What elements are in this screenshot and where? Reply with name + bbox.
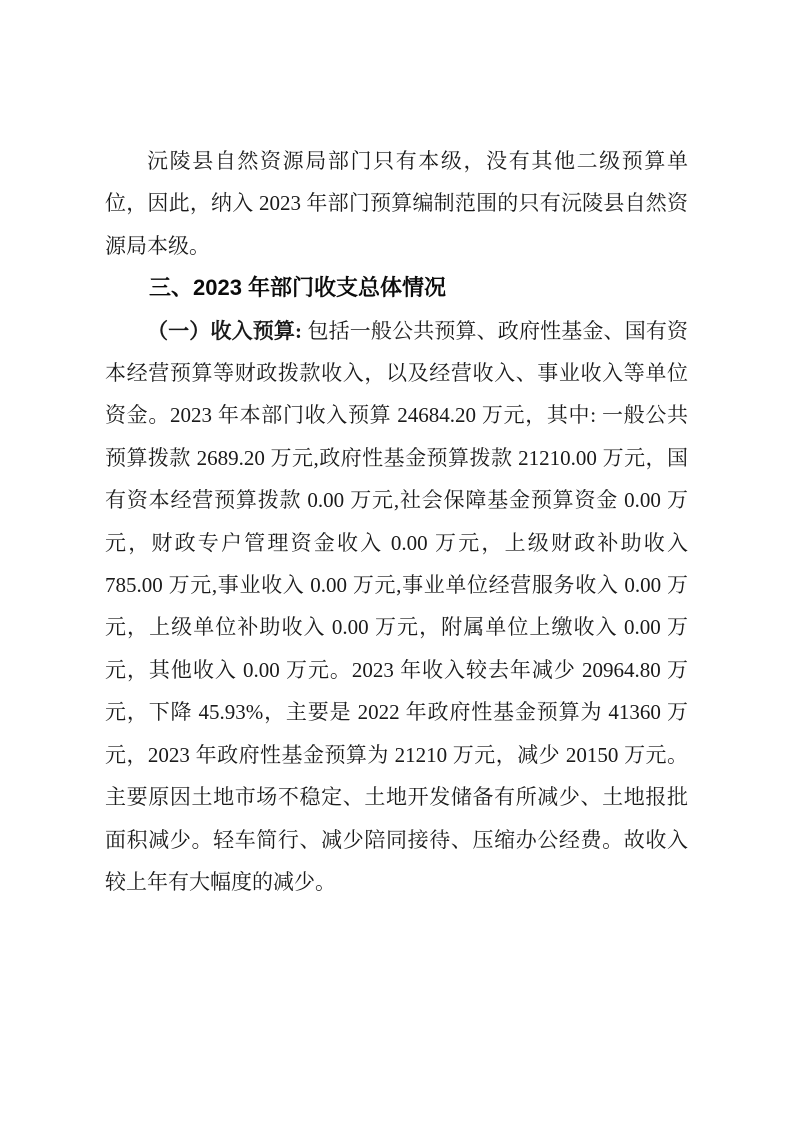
section-heading: 三、2023 年部门收支总体情况 <box>105 267 688 309</box>
document-body: 沅陵县自然资源局部门只有本级，没有其他二级预算单位，因此，纳入 2023 年部门… <box>105 140 688 903</box>
income-body-text: 包括一般公共预算、政府性基金、国有资本经营预算等财政拨款收入，以及经营收入、事业… <box>105 319 688 894</box>
document-page: 沅陵县自然资源局部门只有本级，没有其他二级预算单位，因此，纳入 2023 年部门… <box>0 0 793 1122</box>
income-paragraph: （一）收入预算: 包括一般公共预算、政府性基金、国有资本经营预算等财政拨款收入，… <box>105 310 688 904</box>
intro-paragraph: 沅陵县自然资源局部门只有本级，没有其他二级预算单位，因此，纳入 2023 年部门… <box>105 140 688 267</box>
income-lead-label: （一）收入预算: <box>147 319 302 343</box>
